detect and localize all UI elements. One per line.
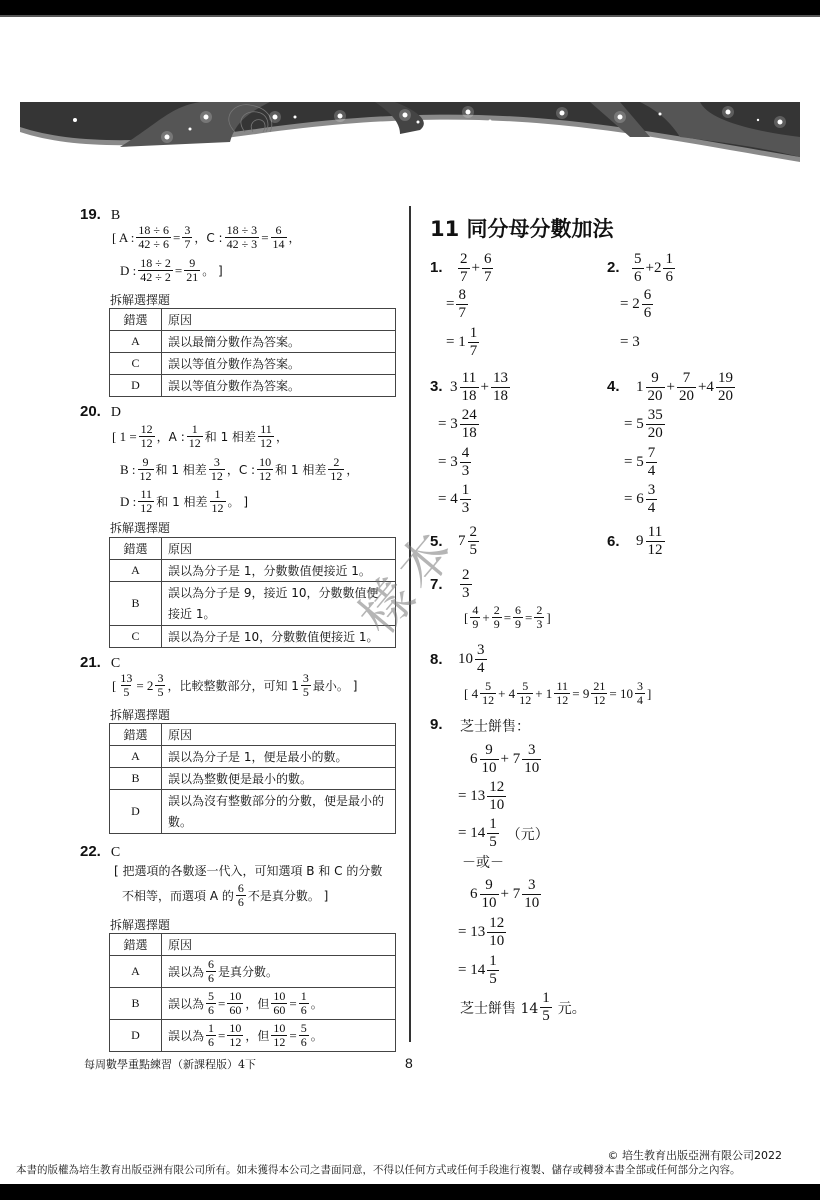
q22-explanation-line1: [ 把選項的各數逐一代入，可知選項 B 和 C 的分數	[114, 862, 382, 879]
question-number: 6.	[607, 533, 620, 550]
table-header-row: 錯選原因	[110, 724, 396, 746]
q9-or-separator: －或－	[462, 852, 504, 872]
table-row: B 誤以為56=1060，但1060=16。	[110, 988, 396, 1020]
question-number: 8.	[430, 651, 443, 668]
fraction: 18 ÷ 342 ÷ 3	[225, 224, 260, 251]
q9-label: 芝士餅售：	[460, 716, 530, 736]
q6-answer: 9 1112	[636, 524, 667, 559]
answer-letter: C	[111, 656, 120, 671]
q9-method2-step1: = 13 1210	[458, 915, 508, 950]
copyright-notice: 本書的版權為培生教育出版亞洲有限公司所有。如未獲得本公司之書面同意，不得以任何方…	[16, 1162, 741, 1177]
q9-method1-step2: = 14 15 （元）	[458, 816, 549, 851]
fraction: 614	[271, 224, 287, 251]
fraction: 37	[182, 224, 192, 251]
q20-explanation-line3: D : 1112 和 1 相差 112 。 ]	[120, 488, 248, 515]
footer-book-title: 每周數學重點練習（新課程版）4下	[84, 1056, 256, 1072]
answer-letter: B	[111, 208, 120, 223]
q22-error-table: 錯選原因 A 誤以為66是真分數。 B 誤以為56=1060，但1060=16。…	[109, 933, 396, 1052]
q20-explanation-line1: [ 1 = 1212 ，A : 112 和 1 相差 1112 ，	[112, 423, 288, 450]
table-row: A誤以最簡分數作為答案。	[110, 331, 396, 353]
table-row: A誤以為分子是 1，便是最小的數。	[110, 746, 396, 768]
table-row: A 誤以為66是真分數。	[110, 956, 396, 988]
q20-header: 20. D	[80, 403, 121, 421]
section-title: 11 同分母分數加法	[430, 213, 614, 243]
question-number: 2.	[607, 259, 620, 276]
q21-error-table: 錯選原因 A誤以為分子是 1，便是最小的數。 B誤以為整數便是最小的數。 D誤以…	[109, 723, 396, 834]
q20-explanation-line2: B : 912 和 1 相差 312 ，C : 1012 和 1 相差 212 …	[120, 456, 358, 483]
breakdown-label: 拆解選擇題	[110, 916, 170, 933]
q19-error-table: 錯選原因 A誤以最簡分數作為答案。 C誤以等值分數作為答案。 D誤以等值分數作為…	[109, 308, 396, 397]
q7-answer: 23	[458, 567, 474, 602]
question-number: 9.	[430, 716, 443, 733]
table-row: A誤以為分子是 1，分數數值便接近 1。	[110, 560, 396, 582]
fraction: 18 ÷ 242 ÷ 2	[138, 257, 173, 284]
table-header-row: 錯選原因	[110, 538, 396, 560]
q9-method1-expression: 6 910 + 7 310	[470, 742, 543, 777]
q21-header: 21. C	[80, 654, 120, 672]
q19-header: 19. B	[80, 206, 120, 224]
q22-header: 22. C	[80, 843, 120, 861]
question-number: 3.	[430, 378, 443, 395]
copyright-line: © 培生教育出版亞洲有限公司2022	[608, 1147, 783, 1163]
q2-step1: = 2 66	[620, 287, 655, 322]
question-number: 4.	[607, 378, 620, 395]
top-black-bar	[0, 0, 820, 15]
q4-step3: = 6 34	[624, 482, 659, 517]
page-number: 8	[405, 1055, 413, 1071]
q19-explanation-line2: D : 18 ÷ 242 ÷ 2 = 921 。 ]	[120, 257, 223, 284]
q9-method2-expression: 6 910 + 7 310	[470, 877, 543, 912]
q3-step1: = 3 2418	[438, 407, 481, 442]
q19-explanation-line1: [ A : 18 ÷ 642 ÷ 6 = 37 ，C : 18 ÷ 342 ÷ …	[112, 224, 301, 251]
table-row: B誤以為整數便是最小的數。	[110, 768, 396, 790]
breakdown-label: 拆解選擇題	[110, 519, 170, 536]
q22-explanation-line2: 不相等，而選項 A 的 66 不是真分數。 ]	[122, 882, 328, 909]
question-number: 21.	[80, 654, 101, 671]
q4-expression: 1 920 + 720 +4 1920	[636, 370, 737, 405]
question-number: 19.	[80, 206, 101, 223]
table-row: D 誤以為16=1012，但1012=56。	[110, 1020, 396, 1052]
fraction: 18 ÷ 642 ÷ 6	[136, 224, 171, 251]
q1-step2: = 1 17	[446, 325, 481, 360]
q3-step3: = 4 13	[438, 482, 473, 517]
fraction: 921	[184, 257, 200, 284]
q9-method1-step1: = 13 1210	[458, 779, 508, 814]
q8-answer: 10 34	[458, 642, 489, 677]
q2-expression: 56 +2 16	[630, 251, 677, 286]
breakdown-label: 拆解選擇題	[110, 291, 170, 308]
q9-method2-step2: = 14 15	[458, 953, 501, 988]
bottom-black-bar	[0, 1184, 820, 1200]
table-row: D誤以為沒有整數部分的分數，便是最小的數。	[110, 790, 396, 834]
question-number: 1.	[430, 259, 443, 276]
question-number: 20.	[80, 403, 101, 420]
q2-step2: = 3	[620, 334, 640, 351]
q3-step2: = 3 43	[438, 445, 473, 480]
table-header-row: 錯選原因	[110, 934, 396, 956]
q4-step2: = 5 74	[624, 445, 659, 480]
table-row: C誤以等值分數作為答案。	[110, 353, 396, 375]
table-row: C誤以為分子是 10，分數數值便接近 1。	[110, 626, 396, 648]
breakdown-label: 拆解選擇題	[110, 706, 170, 723]
table-row: D誤以等值分數作為答案。	[110, 375, 396, 397]
q4-step1: = 5 3520	[624, 407, 667, 442]
q1-expression: 27 + 67	[456, 251, 495, 286]
q21-explanation: [ 135 = 2 35 ，比較整數部分，可知 1 35 最小。 ]	[112, 672, 357, 699]
decorative-space-banner	[20, 102, 800, 167]
q9-final-answer: 芝士餅售 14 15 元。	[460, 990, 586, 1025]
q3-expression: 3 1118 + 1318	[450, 370, 512, 405]
question-number: 22.	[80, 843, 101, 860]
q1-step1: = 87	[446, 287, 470, 322]
q8-explanation: [ 4 512 + 4 512 + 1 1112 = 9 2112 = 10 3…	[464, 680, 651, 707]
answer-letter: D	[111, 405, 121, 420]
top-bar-edge	[0, 15, 820, 17]
q7-explanation: [ 49 + 29 = 69 = 23 ]	[464, 604, 551, 631]
table-header-row: 錯選原因	[110, 309, 396, 331]
answer-letter: C	[111, 845, 120, 860]
